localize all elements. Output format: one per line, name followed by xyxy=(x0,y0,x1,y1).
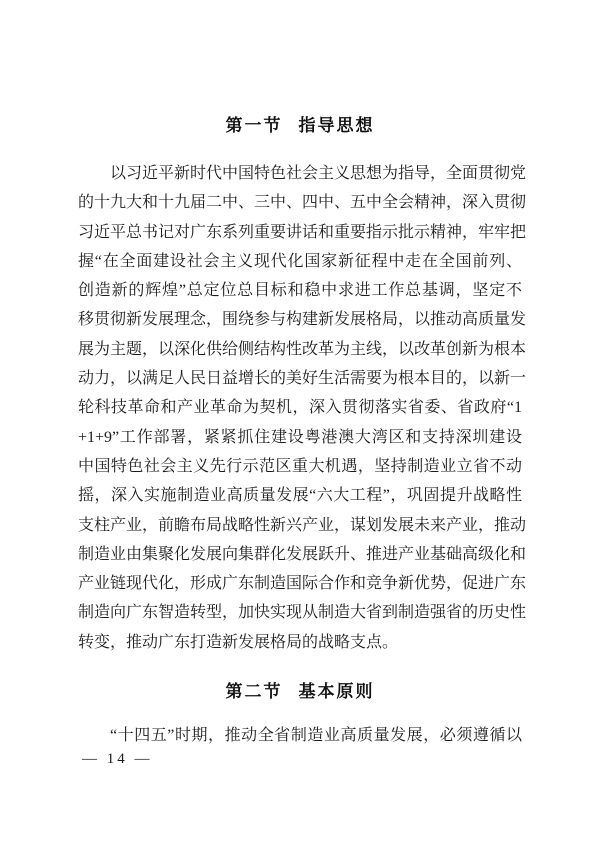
body-line: 动力，以满足人民日益增长的美好生活需要为根本目的，以新一 xyxy=(78,364,522,393)
body-line: 以习近平新时代中国特色社会主义思想为指导，全面贯彻党 xyxy=(78,159,522,188)
section1-number: 第一节 xyxy=(226,116,283,135)
section2-heading: 第二节基本原则 xyxy=(78,682,522,702)
body-line: 移贯彻新发展理念，围绕参与构建新发展格局，以推动高质量发 xyxy=(78,305,522,334)
paragraph1: 以习近平新时代中国特色社会主义思想为指导，全面贯彻党 的十九大和十九届二中、三中… xyxy=(78,159,522,657)
body-line: 产业链现代化，形成广东制造国际合作和竞争新优势，促进广东 xyxy=(78,569,522,598)
section2-title-text: 基本原则 xyxy=(299,682,375,701)
body-line: “十四五”时期，推动全省制造业高质量发展，必须遵循以 xyxy=(78,721,522,750)
body-line: 的十九大和十九届二中、三中、四中、五中全会精神，深入贯彻 xyxy=(78,188,522,217)
body-line: 习近平总书记对广东系列重要讲话和重要指示批示精神，牢牢把 xyxy=(78,218,522,247)
document-page: 第一节指导思想 以习近平新时代中国特色社会主义思想为指导，全面贯彻党 的十九大和… xyxy=(0,0,600,848)
page-number: — 14 — xyxy=(82,751,153,768)
body-line: 中国特色社会主义先行示范区重大机遇，坚持制造业立省不动 xyxy=(78,452,522,481)
section1-title-text: 指导思想 xyxy=(299,116,375,135)
body-line: 握“在全面建设社会主义现代化国家新征程中走在全国前列、 xyxy=(78,247,522,276)
body-line: 支柱产业，前瞻布局战略性新兴产业，谋划发展未来产业，推动 xyxy=(78,511,522,540)
body-line: 转变，推动广东打造新发展格局的战略支点。 xyxy=(78,628,522,657)
body-line: +1+9”工作部署，紧紧抓住建设粤港澳大湾区和支持深圳建设 xyxy=(78,423,522,452)
body-line: 展为主题，以深化供给侧结构性改革为主线，以改革创新为根本 xyxy=(78,335,522,364)
section2-number: 第二节 xyxy=(226,682,283,701)
body-line: 摇，深入实施制造业高质量发展“六大工程”，巩固提升战略性 xyxy=(78,481,522,510)
body-line: 创造新的辉煌”总定位总目标和稳中求进工作总基调，坚定不 xyxy=(78,276,522,305)
body-line: 制造向广东智造转型，加快实现从制造大省到制造强省的历史性 xyxy=(78,598,522,627)
body-line: 轮科技革命和产业革命为契机，深入贯彻落实省委、省政府“1 xyxy=(78,393,522,422)
body-line: 制造业由集聚化发展向集群化发展跃升、推进产业基础高级化和 xyxy=(78,540,522,569)
section1-heading: 第一节指导思想 xyxy=(78,116,522,136)
paragraph2: “十四五”时期，推动全省制造业高质量发展，必须遵循以 xyxy=(78,721,522,750)
